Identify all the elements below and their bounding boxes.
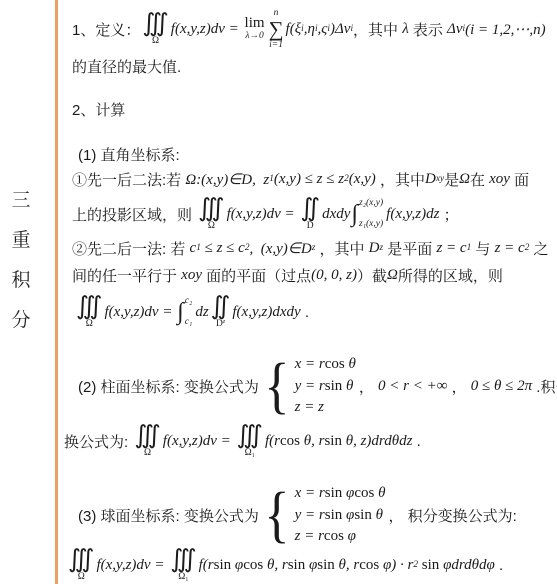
- method1-line-1: ①先一后二法:若 Ω:(x,y)∈D, z1(x,y) ≤ z ≤ z2(x,y…: [72, 166, 529, 192]
- triple-integral: ∭Ω₁: [170, 548, 196, 582]
- triple-integral: ∭Ω: [68, 548, 94, 582]
- equation-system: {x = rsin φcos θy = rsin φsin θz = rcos …: [262, 484, 386, 546]
- triple-integral: ∭Ω₁: [237, 424, 263, 458]
- definite-integral: ∫c₂c₁: [177, 297, 194, 327]
- triple-integral: ∭Ω: [198, 197, 224, 231]
- section-heading: 2、计算: [72, 97, 125, 121]
- spherical-formula: ∭Ωf(x,y,z)dv = ∭Ω₁f(rsin φcos θ, rsin φs…: [66, 546, 503, 584]
- triple-integral: ∭Ω: [134, 424, 160, 458]
- sidebar-topic-label: 三 重 积 分: [8, 181, 34, 341]
- cylindrical-line-2: 换公式为: ∭Ωf(x,y,z)dv = ∭Ω₁f(rcos θ, rsin θ…: [64, 421, 421, 461]
- equation-row: z = rcos φ: [295, 527, 386, 546]
- definition-line-1: 1、定义：∭Ωf(x,y,z)dv = limλ→0n∑i=1f(ξi,ηi,ς…: [72, 8, 546, 50]
- double-integral: ∬D: [300, 197, 320, 231]
- cylindrical-line-1: (2) 柱面坐标系: 变换公式为{x = rcos θy = rsin θz =…: [78, 353, 557, 419]
- method2-line-2: 间的任一平行于 xoy 面的平面（过点(0, 0, z)）截Ω所得的区域，则: [72, 262, 503, 288]
- sidebar-char: 三: [8, 181, 34, 221]
- method2-line-1: ②先二后一法: 若 c1 ≤ z ≤ c2, (x,y)∈Dz ，其中 Dz 是…: [72, 235, 549, 261]
- triple-integral: ∭Ω: [76, 295, 102, 329]
- triple-integral: ∭Ω: [142, 12, 168, 46]
- equation-row: y = rsin θ: [295, 377, 356, 396]
- sidebar-char: 积: [8, 261, 34, 301]
- method1-line-2: 上的投影区域，则 ∭Ωf(x,y,z)dv = ∬Ddxdy∫z₂(x,y)z₁…: [72, 194, 459, 234]
- definite-integral: ∫z₂(x,y)z₁(x,y): [351, 199, 385, 229]
- equation-row: y = rsin φsin θ: [295, 506, 386, 525]
- limit: limλ→0: [245, 16, 265, 42]
- method2-formula: ∭Ωf(x,y,z)dv = ∫c₂c₁dz∬Dzf(x,y,z)dxdy .: [74, 290, 309, 334]
- equation-system: {x = rcos θy = rsin θz = z: [262, 355, 356, 417]
- definition-line-2: 的直径的最大值.: [72, 54, 181, 78]
- notes-page: 三 重 积 分 1、定义：∭Ωf(x,y,z)dv = limλ→0n∑i=1f…: [0, 0, 557, 584]
- summation: n∑i=1: [269, 8, 284, 51]
- rect-coord-heading: (1) 直角坐标系:: [78, 142, 180, 166]
- double-integral: ∬Dz: [211, 295, 231, 329]
- sidebar-char: 分: [8, 301, 34, 341]
- equation-row: x = rsin φcos θ: [295, 484, 386, 503]
- spherical-line-1: (3) 球面坐标系: 变换公式为{x = rsin φcos θy = rsin…: [78, 482, 517, 548]
- equation-row: x = rcos θ: [295, 355, 356, 374]
- sidebar-char: 重: [8, 221, 34, 261]
- accent-vertical-rule: [55, 0, 58, 584]
- equation-row: z = z: [295, 398, 356, 417]
